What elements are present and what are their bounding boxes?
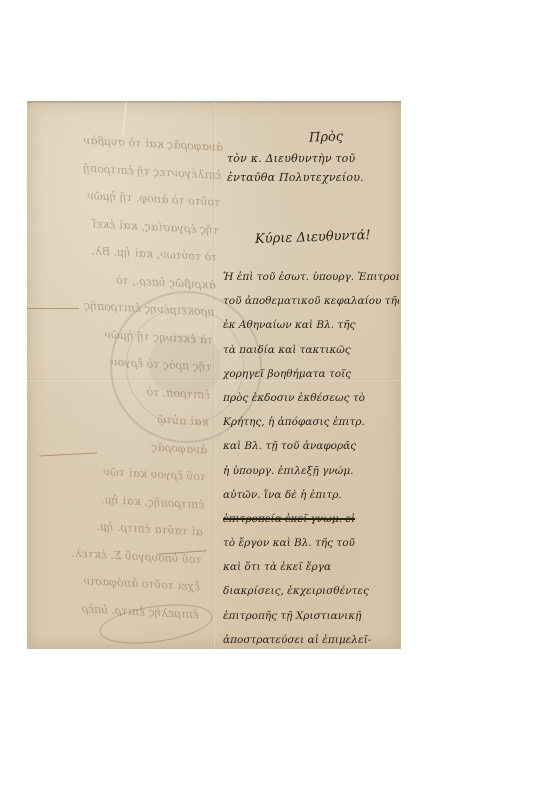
body-line: ἐκ Αθηναίων καὶ Βλ. τῆς xyxy=(223,313,399,337)
bleed-through-text: ἀναφορᾶς καὶ τὸ συμβὰν ἐπιλέγοντες τῇ ἐπ… xyxy=(27,125,224,629)
body-line: ἐπιτροπῆς τῇ Χριστιανικῇ xyxy=(223,604,399,628)
address-line-1: τὸν κ. Διευθυντὴν τοῦ xyxy=(227,152,355,165)
body-line: πρὸς ἐκδοσιν ἐκθέσεως τὸ xyxy=(223,386,399,410)
body-line: τὸ ἔργον καὶ Βλ. τῆς τοῦ xyxy=(223,531,399,555)
body-line: καὶ Βλ. τῇ τοῦ ἀναφορᾶς xyxy=(223,434,399,458)
body-line: χορηγεῖ βοηθήματα τοῖς xyxy=(223,362,399,386)
greeting: Κύριε Διευθυντά! xyxy=(255,228,371,247)
body-line: τοῦ ἀποθεματικοῦ κεφαλαίου τῆς xyxy=(223,289,399,313)
body-line: αὐτῶν. ἵνα δὲ ἡ ἐπιτρ. xyxy=(223,483,399,507)
bleed-strikethrough xyxy=(27,308,79,309)
address-to: Πρὸς xyxy=(309,129,344,145)
letter-body: Ἡ ἐπὶ τοῦ ἐσωτ. ὑπουργ. Ἐπιτροπὴ τοῦ ἀπο… xyxy=(223,265,399,649)
letter-page: ἀναφορᾶς καὶ τὸ συμβὰν ἐπιλέγοντες τῇ ἐπ… xyxy=(27,101,401,649)
body-line-struck: ἐπιτροπεία ἐκεῖ γνωμ. εἰ xyxy=(223,507,399,531)
body-line: διακρίσεις, ἐκχειρισθέντες xyxy=(223,579,399,603)
body-line: Κρήτης, ἡ ἀπόφασις ἐπιτρ. xyxy=(223,410,399,434)
address-line-2: ἐνταῦθα Πολυτεχνείου. xyxy=(227,171,364,184)
body-line: Ἡ ἐπὶ τοῦ ἐσωτ. ὑπουργ. Ἐπιτροπὴ xyxy=(223,265,399,289)
body-line: καὶ ὅτι τὰ ἐκεῖ ἔργα xyxy=(223,555,399,579)
body-line: ἡ ὑπουργ. ἐπιλεξῇ γνώμ. xyxy=(223,459,399,483)
body-line: ἀποστρατεύσει αἱ ἐπιμελεῖ- xyxy=(223,628,399,649)
body-line: τὰ παιδία καὶ τακτικῶς xyxy=(223,338,399,362)
